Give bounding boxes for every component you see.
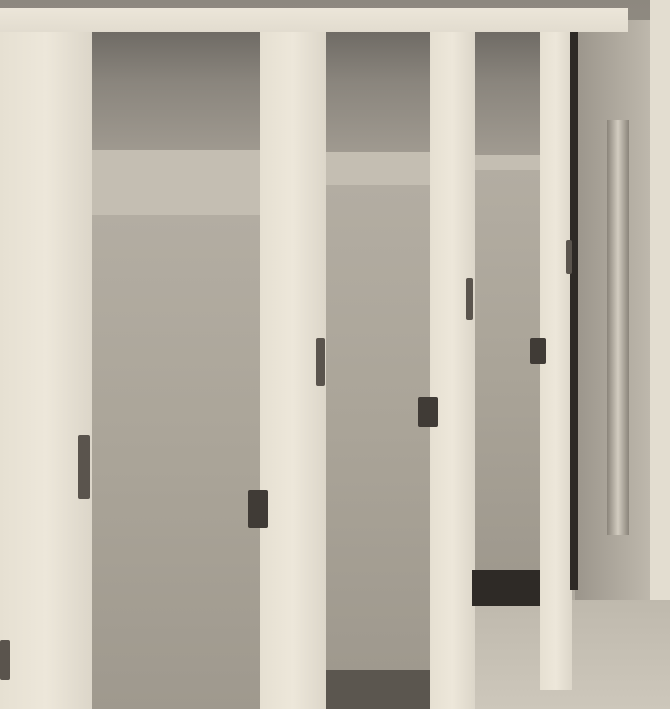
stall-3-floor-gap	[472, 570, 540, 606]
latch-icon	[566, 240, 572, 274]
stall-2-gap-shadow	[326, 670, 430, 709]
latch-icon	[316, 338, 325, 386]
left-partition-panel	[0, 30, 92, 709]
latch-icon	[0, 640, 10, 680]
latch-icon	[466, 278, 473, 320]
pilaster-3-shadow	[570, 30, 578, 590]
upper-wall	[90, 30, 570, 160]
hinge-icon	[418, 397, 438, 427]
right-wall-trim	[607, 120, 629, 535]
hinge-icon	[530, 338, 546, 364]
stall-2-door	[326, 185, 430, 670]
latch-icon	[78, 435, 90, 499]
headrail	[0, 8, 628, 32]
stall-3-door	[475, 170, 540, 570]
stall-1-door	[92, 215, 260, 709]
pilaster-2	[430, 30, 475, 709]
stall-photo	[0, 0, 670, 709]
stall-1-back-panel	[92, 150, 260, 220]
hinge-icon	[248, 490, 268, 528]
